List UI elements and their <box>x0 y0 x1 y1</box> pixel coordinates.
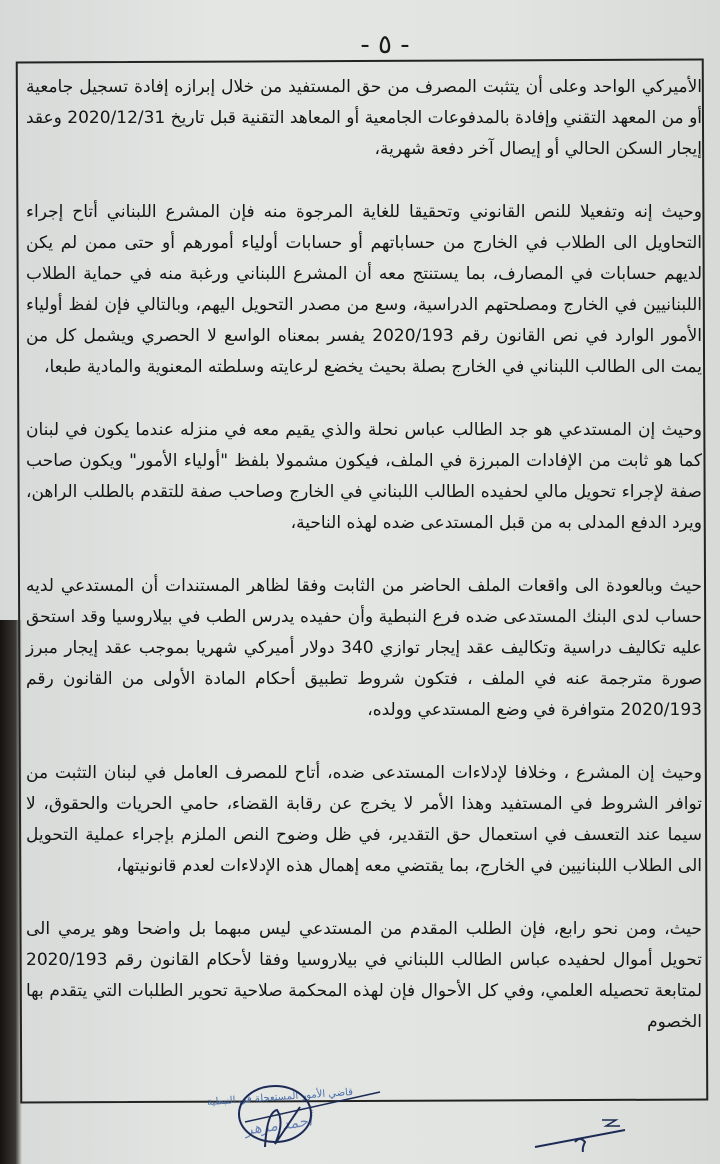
document-page: - ٥ - الأميركي الواحد وعلى أن يتثبت المص… <box>0 0 720 1164</box>
judge-stamp: قاضي الأمور المستعجلة في النبطية أحمد مز… <box>205 1082 385 1152</box>
initials-signature-icon <box>530 1112 630 1152</box>
paragraph-1: الأميركي الواحد وعلى أن يتثبت المصرف من … <box>26 72 702 165</box>
paragraph-6: حيث، ومن نحو رابع، فإن الطلب المقدم من ا… <box>26 914 702 1038</box>
signature-icon <box>205 1082 385 1152</box>
paragraph-3: وحيث إن المستدعي هو جد الطالب عباس نحلة … <box>26 415 702 539</box>
paragraph-5: وحيث إن المشرع ، وخلافا لإدلاءات المستدع… <box>26 758 702 882</box>
document-body: الأميركي الواحد وعلى أن يتثبت المصرف من … <box>26 72 702 1038</box>
paragraph-4: حيث وبالعودة الى واقعات الملف الحاضر من … <box>26 571 702 726</box>
paragraph-2: وحيث إنه وتفعيلا للنص القانوني وتحقيقا ل… <box>26 197 702 383</box>
page-number: - ٥ - <box>340 30 430 60</box>
